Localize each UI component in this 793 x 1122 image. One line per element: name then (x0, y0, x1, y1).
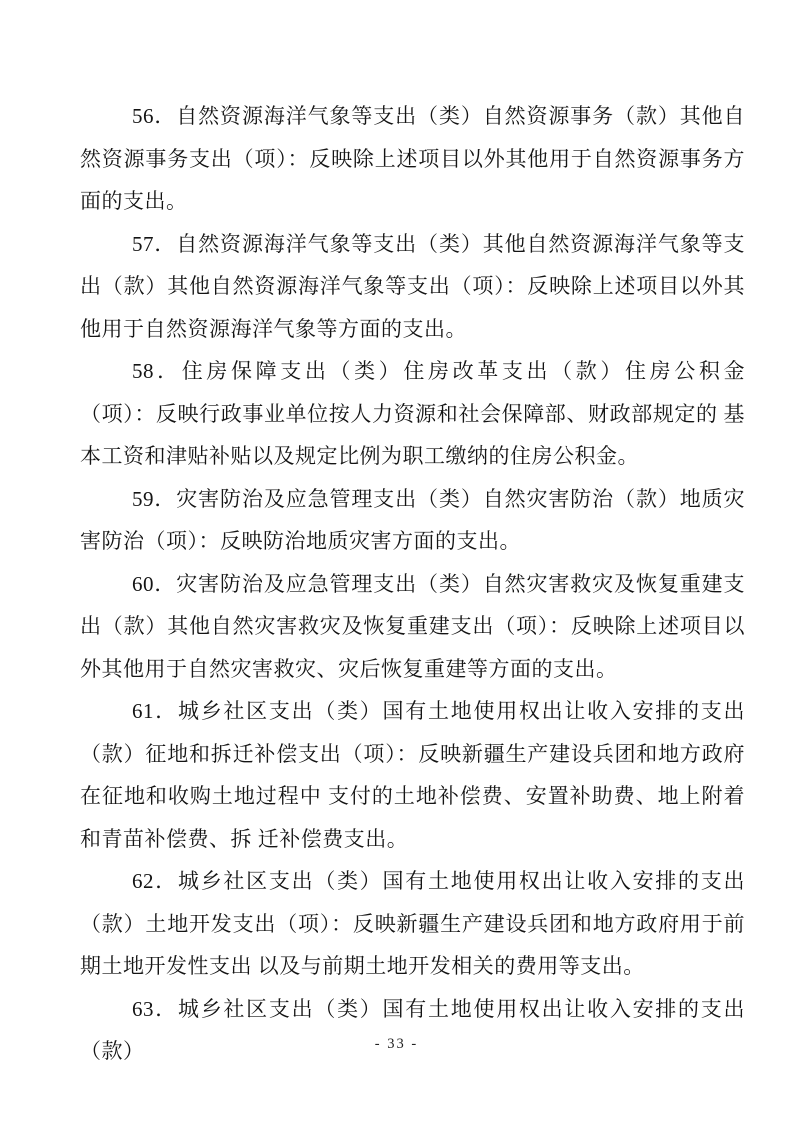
paragraph-item-60: 60．灾害防治及应急管理支出（类）自然灾害救灾及恢复重建支出（款）其他自然灾害救… (80, 563, 745, 691)
paragraph-item-59: 59．灾害防治及应急管理支出（类）自然灾害防治（款）地质灾害防治（项）：反映防治… (80, 478, 745, 563)
paragraph-item-62: 62．城乡社区支出（类）国有土地使用权出让收入安排的支出（款）土地开发支出（项）… (80, 860, 745, 988)
paragraph-item-63: 63．城乡社区支出（类）国有土地使用权出让收入安排的支出（款） (80, 988, 745, 1073)
page-number: - 33 - (0, 1036, 793, 1053)
paragraph-item-61: 61．城乡社区支出（类）国有土地使用权出让收入安排的支出（款）征地和拆迁补偿支出… (80, 690, 745, 860)
document-page: 56．自然资源海洋气象等支出（类）自然资源事务（款）其他自然资源事务支出（项）：… (0, 0, 793, 1122)
paragraph-item-56: 56．自然资源海洋气象等支出（类）自然资源事务（款）其他自然资源事务支出（项）：… (80, 95, 745, 223)
document-body-text: 56．自然资源海洋气象等支出（类）自然资源事务（款）其他自然资源事务支出（项）：… (80, 95, 745, 1073)
paragraph-item-57: 57．自然资源海洋气象等支出（类）其他自然资源海洋气象等支出（款）其他自然资源海… (80, 223, 745, 351)
paragraph-item-58: 58．住房保障支出（类）住房改革支出（款）住房公积金（项）：反映行政事业单位按人… (80, 350, 745, 478)
